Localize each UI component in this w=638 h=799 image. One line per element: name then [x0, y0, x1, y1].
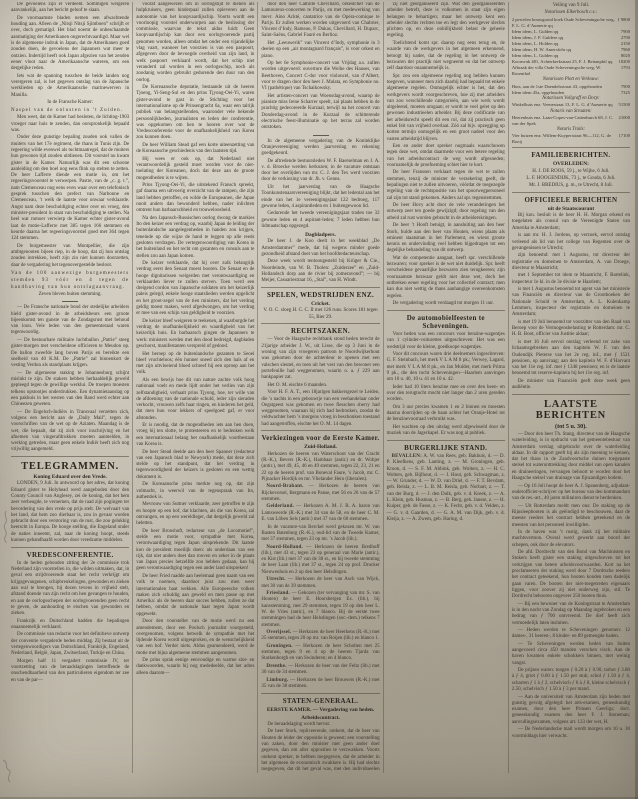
article-subheading: Koning Eduard over den Vrede.: [11, 474, 129, 480]
auction-lot-price: 51500: [619, 102, 630, 108]
article-paragraph: door den heer Camille Chevillard, orkest…: [261, 2, 379, 40]
small-divider: [313, 135, 329, 136]
notary-name-line: Notarissen Plott en Verkouw:: [512, 77, 630, 83]
column-layout: De gevoelens zijn er verdeeld. Sommigen …: [8, 2, 633, 773]
article-paragraph: — De Engelsch-Indiërs in Transvaal verze…: [11, 410, 129, 454]
article-paragraph: De keizer bleef weigeren te teekenen, al…: [136, 319, 254, 350]
article-paragraph: Wat de competentie aangaat, heeft spr. v…: [387, 256, 505, 300]
section-rule: [261, 287, 379, 288]
article-subheading: OVERLEDEN:: [512, 161, 630, 167]
article-paragraph: is met 16 Juli eervol ontslag verleend t…: [512, 340, 630, 378]
article-paragraph: De heer Brooshoft, redacteur van „de Loc…: [136, 529, 254, 573]
small-divider: [62, 301, 78, 302]
article-paragraph: Het artisten-concert van Woensdag-avond,…: [261, 94, 379, 132]
auction-row: Winkelhuis enz. Veenestraat 13, F. L. G.…: [512, 102, 630, 108]
article-paragraph: Prins Tjyong-Oei-Yi, die uitstekend Fran…: [136, 183, 254, 214]
article-paragraph: Na den Japansch-Russischen oorlog dwong …: [136, 216, 254, 260]
article-subheading: Arbeidscontract.: [261, 715, 379, 721]
auction-lot-description: Idem idem, J. F. Guldere qq: [512, 35, 619, 41]
centered-line: H. J. DE ROOS, 59 j., te Wijhe, 6 Juli.: [512, 169, 630, 175]
article-paragraph: In de vacature-van Berckel werd gekozen …: [261, 525, 379, 544]
auction-lot-description: Huis, aan de 1ste Daendelsstraat 43, opg…: [512, 84, 619, 90]
article-paragraph: — Uit Rotterdam meldt men ons: De stakin…: [512, 504, 630, 529]
run-in-lead: Friesland.: [266, 591, 290, 596]
article-paragraph: Noord-Brabant. — Herkozen de heeren van …: [261, 484, 379, 503]
centered-line: Zeven bleven buiten stemming.: [11, 292, 129, 298]
auction-row: 2 percelen bouwgrond hoek Oude Schevenin…: [512, 17, 630, 28]
article-paragraph: Iets wat de spanning tusschen de beide l…: [11, 74, 129, 99]
auction-lot-description: Idem idem, L. Gulden qq: [512, 53, 619, 59]
article-paragraph: De vergadering wordt verdaagd tot morgen…: [387, 301, 505, 307]
article-paragraph: De heer William Stead gaf een korte uite…: [136, 143, 254, 156]
article-paragraph: — De Nederlandsche mail wordt morgen om …: [512, 727, 630, 740]
section-rule: [512, 192, 630, 193]
article-paragraph: Het wachten op den uitslag werd afgewiss…: [387, 425, 505, 438]
article-paragraph: De heer Fried raadde aan heelemaal geen …: [136, 574, 254, 618]
column-3: door den heer Camille Chevillard, orkest…: [257, 2, 382, 773]
article-paragraph: Als een bewijs hoe dit van nature zachte…: [136, 378, 254, 422]
article-paragraph: Voor heden was een concours voor benzine…: [387, 332, 505, 351]
centered-line: L. F. HOOGENDIJK, 73 j., te Gouda, 6 Jul…: [512, 176, 630, 182]
article-paragraph: Men weet, dat de Kamer had besloten, de …: [11, 115, 129, 134]
article-paragraph: Friesland. — Gekozen (ter vervanging van…: [261, 591, 379, 629]
article-subheading: Zuid-Holland.: [261, 444, 379, 450]
run-in-lead: Drenthe.: [266, 664, 286, 669]
spaced-emphasis-line: Van de 100 aanwezige burgemeesters stemd…: [11, 270, 129, 291]
article-paragraph: Toelichtend komt spr. daarop nog eens te…: [387, 41, 505, 72]
article-paragraph: De beraadslaging wordt hervat.: [261, 722, 379, 728]
article-paragraph: LONDEN, 9 Juli. In antwoord op het adres…: [11, 481, 129, 544]
article-paragraph: De heer Franssen verklaart tegen de wet …: [387, 170, 505, 201]
auction-lot-price: 7325: [621, 90, 630, 96]
article-paragraph: Drenthe. — Herkozen de heer van der Felt…: [261, 664, 379, 677]
article-paragraph: De aftredende bestuursleden W. F. Baerse…: [261, 159, 379, 184]
article-paragraph: — Aan de universiteit van Amsterdam zijn…: [512, 695, 630, 726]
article-paragraph: Deze week wordt tentoongesteld bij Krüge…: [261, 259, 379, 284]
article-paragraph: met 1 September tot idem te Maastricht, …: [512, 273, 630, 286]
run-in-lead: Limburg.: [266, 678, 288, 683]
article-paragraph: is aan mr. H. J. Jordens, op verzoek, ee…: [512, 233, 630, 252]
auction-lot-price: 21000: [619, 115, 630, 126]
run-in-lead: Overijssel.: [266, 630, 291, 635]
auction-row: Afbraak der villa Oude Scheveningsche we…: [512, 65, 630, 76]
article-paragraph: vooraf aangewezen om in oorlogstijd te d…: [136, 2, 254, 84]
auction-row: Heerenhuis enz. Laan-Copes-van-Cattenbur…: [512, 115, 630, 126]
section-heading: BURGERLIJKE STAND.: [387, 444, 505, 452]
auction-lot-price: 18200: [619, 59, 630, 65]
article-paragraph: In de haven was ’t rustig, dank zij het …: [512, 530, 630, 549]
auction-lot-description: Winkelhuis enz. Veenestraat 13, F. L. G.…: [512, 102, 617, 108]
article-subheading: Cricket.: [261, 301, 379, 307]
auction-lot-price: 7900: [621, 84, 630, 90]
auction-lot-description: Heerenhuis enz. Laan-Copes-van-Cattenbur…: [512, 115, 617, 126]
article-paragraph: In de heden gehouden zitting der 2e comm…: [11, 561, 129, 618]
article-paragraph: Utrecht. — Herkozen de heer van Asch van…: [261, 577, 379, 590]
auction-lot-description: Idem idem 45a, opgehouden: [512, 90, 619, 96]
article-paragraph: Limburg. — Herkozen de heer Brouwers (R.…: [261, 678, 379, 691]
section-heading: FAMILIEBERICHTEN.: [512, 151, 630, 159]
article-paragraph: De burgemeester van Montpellier, die zij…: [11, 244, 129, 269]
article-paragraph: De heer Hovy acht door de vele veranderi…: [387, 203, 505, 222]
notary-name-line: Notarissen Vollgraff en Dorp:: [512, 96, 630, 102]
article-paragraph: Onder deze gunstige bepaling zouden ook …: [11, 135, 129, 242]
article-paragraph: Hij wees er ook op, dat Nederland niet v…: [136, 157, 254, 182]
article-paragraph: Morgen half 11 vergadert commissie IV, t…: [11, 659, 129, 684]
column-5: Veiling van 9 Juli.Notarissen Elkerbosch…: [508, 2, 633, 773]
centered-line: Veiling van 9 Juli.: [512, 3, 630, 9]
article-paragraph: Op het 6e Symphonie-concert van Vrijdag …: [261, 61, 379, 92]
auction-lot-price: 2150: [621, 41, 630, 47]
article-paragraph: — Te Scheveningen werden heden van buite…: [512, 642, 630, 667]
run-in-lead: Gelderland.: [266, 504, 294, 509]
section-heading: VREDESCONFERENTIE.: [11, 551, 129, 559]
auction-lot-description: Koornvak 481, Achterkerkstraat 25, F. J.…: [512, 59, 617, 65]
auction-lot-price: 2790: [621, 35, 630, 41]
spaced-emphasis-line: Naspel van de onlusten in ’t Zuiden.: [11, 107, 129, 114]
article-paragraph: Frankrijk en Duitschland hadden die bepa…: [11, 619, 129, 632]
article-paragraph: De prins sprak eenige eenvoudige en warm…: [136, 658, 254, 677]
article-paragraph: Noord-Holland. — Herkozen de heeren Bred…: [261, 545, 379, 576]
section-heading-major: LAATSTE BERICHTEN: [512, 399, 630, 421]
margin-pencil-mark: [1, 758, 13, 784]
article-paragraph: Gedurende het tweede vereenigingsjaar tr…: [261, 211, 379, 230]
section-heading: RECHTSZAKEN.: [261, 327, 379, 335]
auction-row: Vier huizen enz. Willem-Kuyperstraat 96—…: [512, 133, 630, 144]
article-paragraph: Gelderland. — Herkozen A. M. J. B. A. ba…: [261, 504, 379, 523]
article-paragraph: De voornaamste bladen nemen een afwachte…: [11, 16, 129, 73]
article-paragraph: Uit het jaarverslag van de Haagsche Toon…: [261, 185, 379, 210]
article-paragraph: — De algemeene staking te Johannesburg s…: [11, 371, 129, 409]
auction-row: Idem idem, H. W. Amersfohr qq7960: [512, 47, 630, 53]
auction-lot-price: 7960: [621, 47, 630, 53]
article-paragraph: Het O. M. eischte 6 maanden.: [261, 383, 379, 389]
article-paragraph: De Koreaansche deputatie, bestaande uit …: [136, 85, 254, 142]
auction-lot-description: Idem idem, L. Holden qq: [512, 41, 619, 47]
article-paragraph: is met 1 Augustus benoemd tot agent van …: [512, 287, 630, 318]
article-text: — Gekozen (ter vervanging van mr. S. van…: [261, 591, 379, 627]
centered-line: V. O. C. sloeg H. C. C. II met 126 runs.…: [261, 308, 379, 321]
article-paragraph: BEVALLEN: A. W. van Rees, geb. Bakhuis, …: [387, 454, 505, 523]
auction-lot-description: Afbraak der villa Oude Scheveningsche we…: [512, 65, 619, 76]
article-paragraph: Groningen. — Herkozen de heer Scholten m…: [261, 644, 379, 663]
article-paragraph: Mevrouw von Suttner verklaarde, zeer get…: [136, 502, 254, 527]
article-paragraph: Voor dit concours waren drie deelnemers …: [387, 352, 505, 383]
auction-lot-price: 8020: [621, 53, 630, 59]
auction-row: Huis, aan de 1ste Daendelsstraat 43, opg…: [512, 84, 630, 90]
article-subheading: uit de Staatscourant: [512, 206, 630, 212]
article-paragraph: Bij kon. besluit is de heer H. H. Morgan…: [512, 213, 630, 232]
section-rule: [512, 394, 630, 395]
auction-lot-description: Vier huizen enz. Willem-Kuyperstraat 96—…: [512, 133, 617, 144]
article-paragraph: Er is noodig, dat de mogendheden iets aa…: [136, 423, 254, 448]
auction-lot-description: Idem idem, H. W. Amersfohr qq: [512, 47, 619, 53]
article-paragraph: — De Fransche nationale bond der stedeli…: [11, 305, 129, 336]
article-paragraph: De heer Stork, repliceerende, ontkent, d…: [261, 729, 379, 773]
section-rule: [387, 310, 505, 311]
section-rule: [261, 693, 379, 694]
section-rule: [261, 430, 379, 431]
section-heading: SPELEN, WEDSTRIJDEN ENZ.: [261, 291, 379, 299]
article-paragraph: Herkozen de heeren van Waterschoot van d…: [261, 452, 379, 483]
auction-row: Idem idem, L. Gulden qq7900: [512, 29, 630, 35]
auction-lot-price: ƒ 9800: [617, 17, 630, 28]
run-in-lead: BEVALLEN:: [392, 454, 422, 459]
notary-name-line: Notaris van Straaten:: [512, 109, 630, 115]
column-2: vooraf aangewezen om in oorlogstijd te d…: [132, 2, 257, 773]
section-rule: [387, 440, 505, 441]
section-heading-sub: (tot 5 u. 30).: [512, 423, 630, 430]
auction-lot-price: 17100: [619, 133, 630, 144]
article-paragraph: De commissie van redactie voor het defin…: [11, 632, 129, 657]
section-rule: [261, 323, 379, 324]
article-paragraph: Het beroep op de buitenlandsche gezanten…: [136, 352, 254, 377]
auction-lot-description: Idem idem, L. Gulden qq: [512, 29, 619, 35]
article-paragraph: zij niet georganiseerd zijn. Wat den geo…: [387, 2, 505, 40]
article-paragraph: — Op 16 Juli hoopt de heer A. J. Spanenb…: [512, 484, 630, 503]
article-paragraph: De heer J. de Koo deelt in het weekblad …: [261, 239, 379, 258]
column-4: zij niet georganiseerd zijn. Wat den geo…: [383, 2, 508, 773]
article-paragraph: In de algemeene vergadering van de Konin…: [261, 139, 379, 158]
article-paragraph: — De bestuurbare militaire luchtballon „…: [11, 338, 129, 369]
auction-lot-price: 7900: [621, 29, 630, 35]
section-heading: Verkiezingen voor de Eerste Kamer.: [261, 434, 379, 442]
run-in-lead: Noord-Holland.: [266, 545, 303, 550]
article-paragraph: De keizer verklaarde, dat hij over zulk …: [136, 261, 254, 318]
section-heading: STATEN-GENERAAL.: [261, 697, 379, 705]
section-heading: OFFICIEELE BERICHTEN: [512, 196, 630, 204]
article-paragraph: De Koreaansche prins merkte nog op, dat …: [136, 482, 254, 501]
run-in-lead: Noord-Brabant.: [266, 484, 303, 489]
article-paragraph: De heer Stead deelde aan den heer Spanne…: [136, 450, 254, 481]
section-rule: [11, 547, 129, 548]
article-paragraph: is met 19 Juli benoemd tot voorzitter va…: [512, 320, 630, 339]
article-paragraph: — Door den heer Th. Stang, directeur van…: [512, 432, 630, 482]
auction-row: Koornvak 481, Achterkerkstraat 25, F. J.…: [512, 59, 630, 65]
article-subheading: Dagbladpers.: [261, 232, 379, 238]
auction-row: Idem idem, J. F. Guldere qq2790: [512, 35, 630, 41]
auction-row: Idem idem, L. Gulden qq8020: [512, 53, 630, 59]
article-paragraph: Een en ander doet spreker nogmaals waars…: [387, 144, 505, 169]
article-paragraph: Overijssel. — Herkozen de heer Heerkens …: [261, 630, 379, 643]
auction-row: Idem idem, L. Holden qq2150: [512, 41, 630, 47]
article-paragraph: Door den voorsteller van de motie werd n…: [136, 619, 254, 657]
article-paragraph: zijn benoemd: met 1 Augustus, tot direct…: [512, 253, 630, 272]
article-paragraph: De heer ’t Hooft betuigt, in aansluiting…: [387, 223, 505, 254]
article-paragraph: Het „Leeuwerik” van Vincent d’Indy, symp…: [261, 41, 379, 60]
article-paragraph: Ieder had 10 liters benzine mee en over …: [387, 385, 505, 404]
article-subheading: EERSTE KAMER. — Vergadering van heden.: [261, 707, 379, 713]
centered-line: In de Fransche Kamer:: [11, 100, 129, 106]
article-paragraph: — Bij een bewoner van de Koningstraat te…: [512, 602, 630, 627]
run-in-lead: Utrecht.: [266, 577, 285, 582]
auction-lot-price: 1793: [621, 65, 630, 76]
notary-name-line: Notaris Trails:: [512, 127, 630, 133]
margin-pencil-mark: [1, 510, 11, 544]
article-paragraph: Om 3 uur precies kwamen 1 en 2 binnen en…: [387, 405, 505, 424]
article-paragraph: — Voor de Haagsche rechtbank stond heden…: [261, 337, 379, 381]
centered-line: Mr. J. BREDIUS, g. m., te Utrecht, 8 Jul…: [512, 183, 630, 189]
run-in-lead: Groningen.: [266, 644, 292, 649]
article-paragraph: De afd. Dordrecht van den Bond van Machi…: [512, 550, 630, 600]
auction-row: Idem idem 45a, opgehouden7325: [512, 90, 630, 96]
newspaper-page-scan: De gevoelens zijn er verdeeld. Sommigen …: [0, 0, 638, 799]
article-paragraph: Spr. zou een algemeene regeling nog hebb…: [387, 74, 505, 143]
article-paragraph: De minister van Financiën geeft deze wee…: [512, 379, 630, 392]
auction-lot-description: 2 percelen bouwgrond hoek Oude Schevenin…: [512, 17, 616, 28]
notary-name-line: Notarissen Elkerbosch c.s.:: [512, 10, 630, 16]
section-heading-major: TELEGRAMMEN.: [11, 461, 129, 472]
article-paragraph: De gevoelens zijn er verdeeld. Sommigen …: [11, 2, 129, 15]
article-paragraph: Voor H. F. A. T., een 18jarigen bakkersg…: [261, 390, 379, 428]
article-paragraph: — Heden werden te Scheveningen genomen: …: [512, 628, 630, 641]
column-1: De gevoelens zijn er verdeeld. Sommigen …: [8, 2, 132, 773]
section-heading: De automobielfeesten te Scheveningen.: [387, 314, 505, 330]
section-rule: [512, 147, 630, 148]
article-paragraph: De prijzen waren: tongen ƒ 0.20 à ƒ 0.90…: [512, 668, 630, 693]
article-text: A. W. van Rees, geb. Bakhuis, d. — D. P.…: [387, 454, 505, 522]
section-rule: [11, 456, 129, 457]
